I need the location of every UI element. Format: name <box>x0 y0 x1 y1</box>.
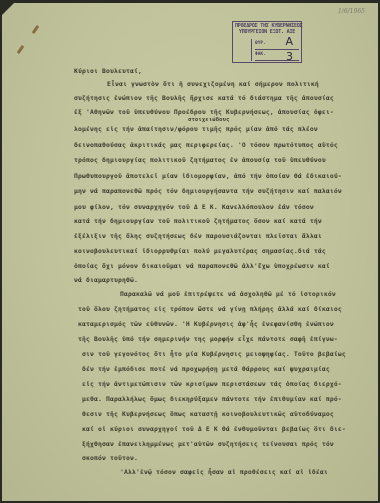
stamp-fields: ΘΥΡ. A ΦΑΚ. 3 <box>251 39 299 61</box>
stamp-field-1-label: ΘΥΡ. <box>255 41 266 46</box>
salutation: Κύριοι Βουλευταί, <box>74 67 142 75</box>
text-line: Πρωθυπουργοῦ ἀποτελεῖ μίαν ἰδιομορφίαν, … <box>74 172 342 180</box>
text-line: τῆς Βουλῆς ὑπό τήν σημερινήν της μορφήν … <box>78 335 338 343</box>
text-line: καταμερισμός τῶν εὐθυνῶν. 'Η Κυβέρνησις … <box>78 320 334 328</box>
text-line: λομένης εἰς τήν ἀπαίτησιν/φόρου τιμῆς πρ… <box>74 125 318 133</box>
stamp-field-2: ΦΑΚ. 3 <box>255 50 299 61</box>
text-line: σκοπόν τοῦτον. <box>82 454 138 462</box>
text-line: Παρακαλῶ νά μοῦ ἐπιτρέψετε νά ἀσχοληθῶ μ… <box>120 290 336 298</box>
stamp-field-1: ΘΥΡ. A <box>255 39 299 50</box>
text-line: δέν τήν ἐμπόδισε ποτέ νά προχωρήσῃ μετά … <box>82 365 330 373</box>
text-line: μου φίλον, τόν συναρχηγόν τοῦ Δ Ε Κ. Καν… <box>74 203 314 211</box>
text-line: μην νά παραπονεθῶ πρός τόν δημιουργήσαντ… <box>74 187 342 195</box>
document-page: 1/6/1965 ΠΡΟΕΔΡΟΣ ΤΗΣ ΚΥΒΕΡΝΗΣΕΩΣ ΥΠΟΥΡΓ… <box>2 3 378 501</box>
stamp-field-2-value: 3 <box>286 51 293 62</box>
text-line: κοινοβουλευτικαί ἰδιορρυθμίαι πολύ μεγαλ… <box>74 247 326 255</box>
rust-mark <box>17 45 25 54</box>
text-line: δεινοπαθούσας ἀκριτικάς μας περιφερείας.… <box>74 141 338 149</box>
rust-mark <box>32 25 40 34</box>
corner-annotation: 1/6/1965 <box>338 8 365 15</box>
text-line: μεθα. Παραλλήλως ὅμως διεκηρύξαμεν πάντο… <box>82 395 342 403</box>
text-line: καί οἱ κύριοι συναρχηγοί τοῦ Δ Ε Κ θά ἐν… <box>82 425 346 433</box>
stamp-field-1-value: A <box>285 36 293 47</box>
text-line: κατά τήν δημιουργίαν τοῦ πολιτικοῦ ζητήμ… <box>74 217 322 225</box>
text-line: θεσιν τῆς Κυβερνήσεως ὅπως καταστῇ κοινο… <box>82 410 334 418</box>
interlinear-correction: στοιχειώδους <box>188 117 230 123</box>
text-line: σιν τοῦ γεγονότος ὅτι ἦτο μία Κυβέρνησις… <box>82 350 346 358</box>
text-line: ὁποίας ὄχι μόνον δικαιοῦμαι νά παραπονεθ… <box>74 262 330 270</box>
text-line: τοῦ ὅλου ζητήματος εἰς τρόπον ὥστε νά γί… <box>78 305 342 313</box>
text-line: 'Αλλ'ἐνῷ τόσον σαφεῖς ἦσαν αἱ προθέσεις … <box>120 468 328 476</box>
text-line: ἐξέλιξιν τῆς ὅλης συζητήσεως δέν παρουσι… <box>74 232 322 240</box>
stamp-field-2-label: ΦΑΚ. <box>255 52 266 57</box>
text-line: νά διαμαρτυρηθῶ. <box>74 276 138 284</box>
text-line: τρόπος δημιουργίας πολιτικοῦ ζητήματος ἐ… <box>74 156 326 164</box>
page-fold-corner <box>2 3 14 15</box>
text-line: ἐξ 'Αθηνῶν τοῦ ὑπευθύνου Προέδρου τῆς Κυ… <box>74 108 334 116</box>
archive-stamp: ΠΡΟΕΔΡΟΣ ΤΗΣ ΚΥΒΕΡΝΗΣΕΩΣ ΥΠΟΥΡΓΕΙΟΝ ΕΞΩΤ… <box>232 21 302 63</box>
text-line: Εἶναι γνωστὸν ὅτι ἡ συνεχιζομένη καί σήμ… <box>107 80 319 88</box>
text-line: συζήτησις ἐνώπιον τῆς Βουλῆς ἤρχισε κατά… <box>74 94 334 102</box>
text-line: εἰς τήν ἀντιμετώπισιν τῶν κρισίμων περισ… <box>82 380 342 388</box>
text-line: ξήχθησαν ἐπανειλημμένως μετ'αὐτῶν συζητή… <box>82 440 334 448</box>
